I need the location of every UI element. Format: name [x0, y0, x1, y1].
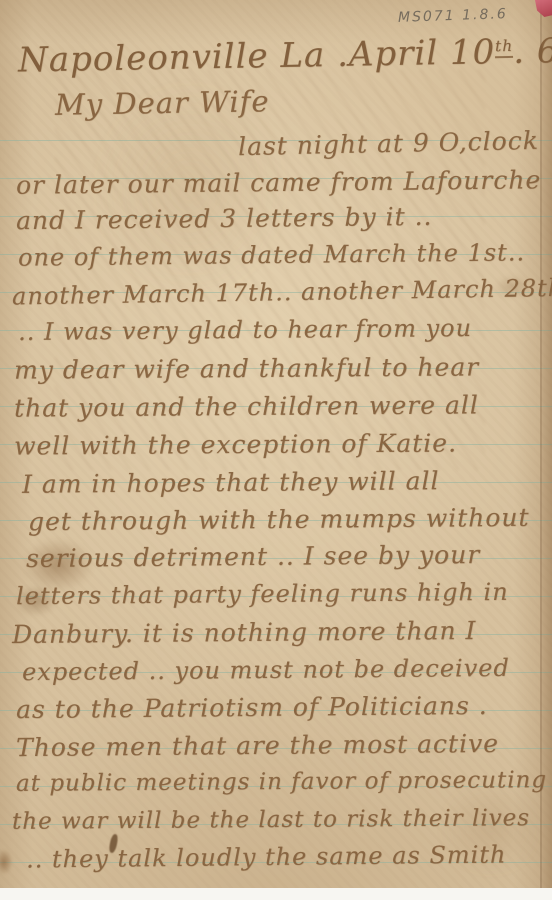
- page-edge-strip: [542, 0, 552, 888]
- red-seal-fragment: [535, 0, 552, 17]
- letter-line: one of them was dated March the 1st..: [18, 239, 525, 271]
- letter-line: at public meetings in favor of prosecuti…: [16, 768, 547, 797]
- salutation: My Dear Wife: [55, 86, 270, 122]
- letter-line: get through with the mumps without: [28, 504, 530, 536]
- letter-line: last night at 9 O,clock: [238, 127, 539, 161]
- letter-line: or later our mail came from Lafourche: [16, 166, 541, 199]
- letter-line: letters that party feeling runs high in: [16, 579, 509, 610]
- letter-line: the war will be the last to risk their l…: [12, 806, 530, 835]
- letter-line: serious detriment .. I see by your: [26, 541, 480, 572]
- letter-line: another March 17th.. another March 28th.…: [12, 275, 552, 310]
- letter-line: my dear wife and thankful to hear: [14, 353, 479, 384]
- letter-page: MS071 1.8.6 Napoleonville La . April 10t…: [0, 0, 552, 888]
- letter-line: as to the Patriotism of Politicians .: [16, 692, 488, 724]
- heading-date: April 10th. 63: [348, 31, 552, 75]
- letter-line: I am in hopes that they will all: [22, 467, 440, 498]
- scan-background: { "document": { "kind": "handwritten-let…: [0, 0, 552, 900]
- letter-line: Those men that are the most active: [16, 730, 499, 762]
- letter-line: Danbury. it is nothing more than I: [12, 617, 477, 649]
- heading-date-ordinal: th: [495, 37, 513, 58]
- heading-place: Napoleonville La .: [18, 35, 349, 81]
- edge-stain: [0, 846, 15, 878]
- letter-line: that you and the children were all: [14, 391, 479, 422]
- letter-line: .. I was very glad to hear from you: [18, 315, 472, 345]
- letter-line: expected .. you must not be deceived: [22, 655, 510, 686]
- heading-date-day: April 10: [348, 32, 495, 75]
- letter-line: well with the exception of Katie.: [14, 429, 457, 460]
- letter-heading: Napoleonville La . April 10th. 63: [18, 31, 537, 80]
- archival-catalog-note: MS071 1.8.6: [398, 6, 508, 26]
- letter-line: and I received 3 letters by it ..: [16, 203, 433, 235]
- scan-margin-bottom: [0, 888, 552, 900]
- letter-line: .. they talk loudly the same as Smith: [26, 841, 507, 872]
